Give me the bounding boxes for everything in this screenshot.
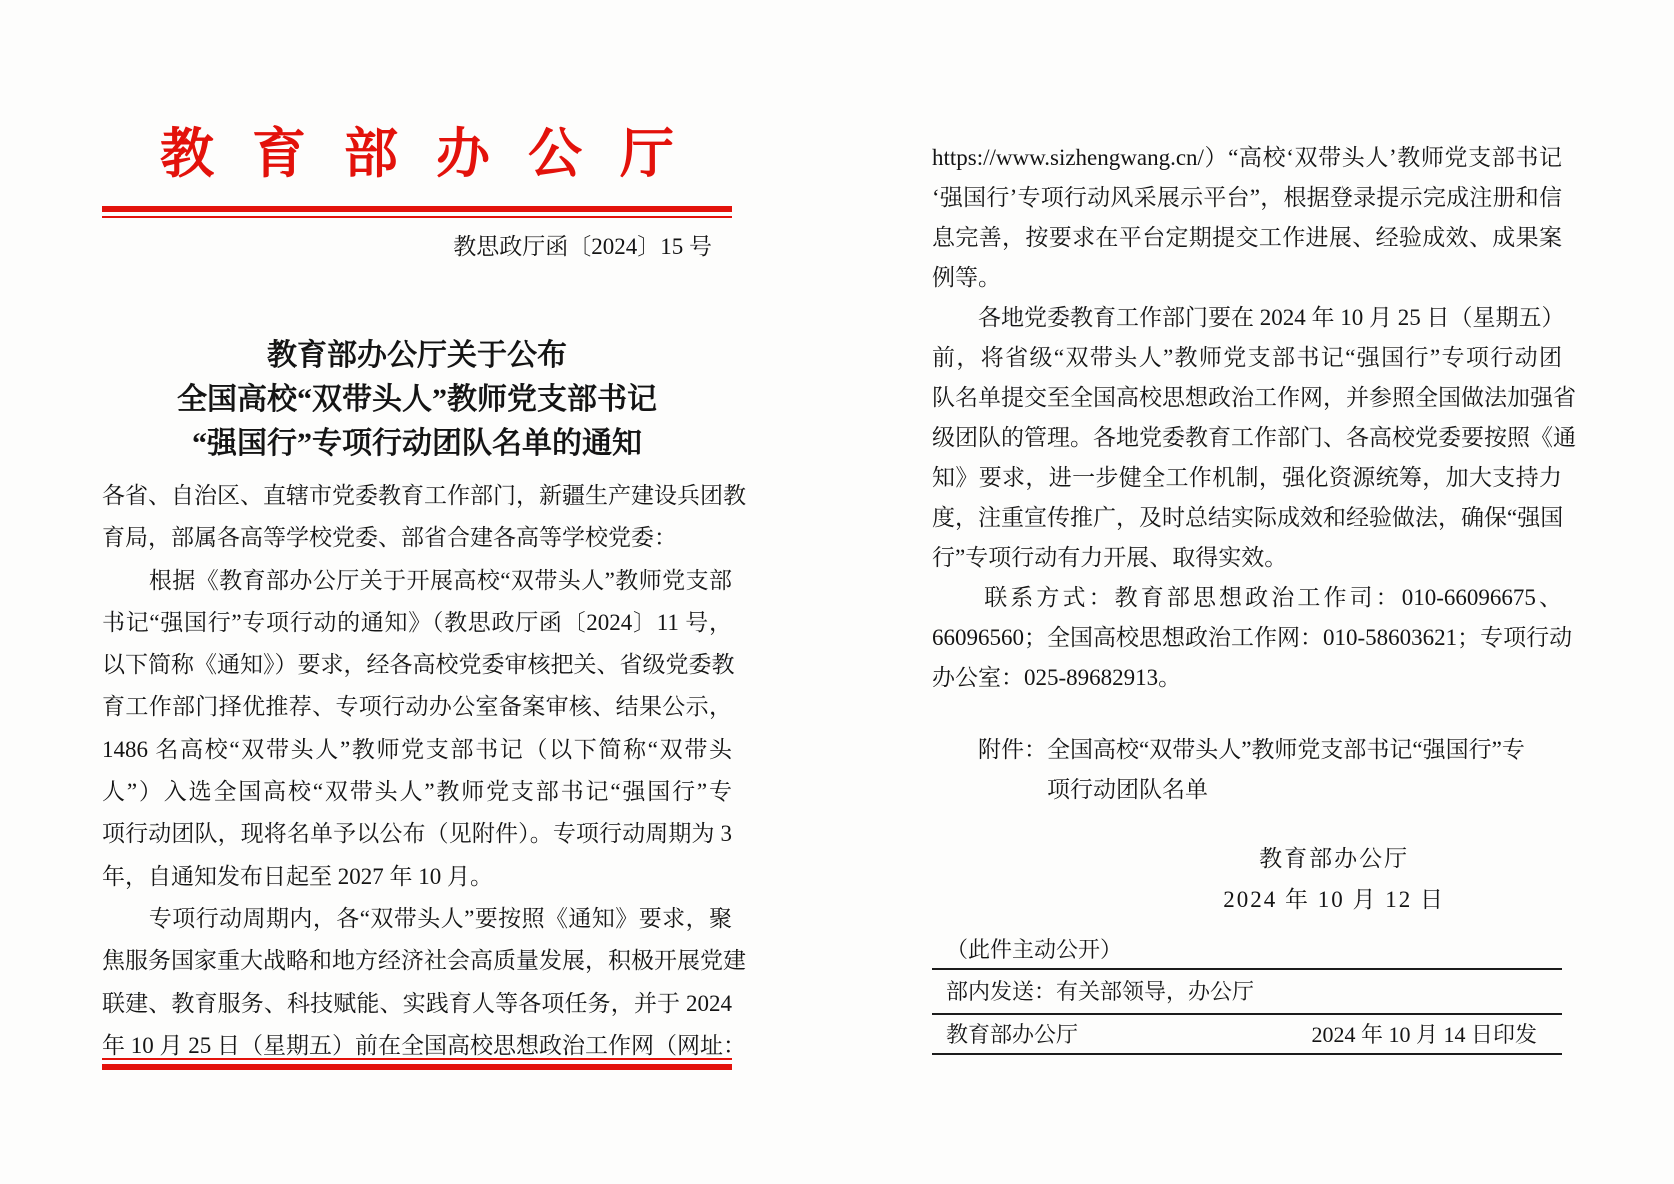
document-title-line: “强国行”专项行动团队名单的通知 xyxy=(102,422,732,466)
body-text-left: 各省、自治区、直辖市党委教育工作部门，新疆生产建设兵团教育局，部属各高等学校党委… xyxy=(102,475,732,1067)
footer-divider-line-1 xyxy=(932,968,1562,970)
body-text-line: 联系方式：教育部思想政治工作司：010-66096675、 xyxy=(932,578,1562,618)
body-text-line: 办公室：025-89682913。 xyxy=(932,658,1562,698)
body-text-line: 育工作部门择优推荐、专项行动办公室备案审核、结果公示， xyxy=(102,686,732,728)
right-page: https://www.sizhengwang.cn/）“高校‘双带头人’教师党… xyxy=(932,0,1562,810)
footer-divider-line-3 xyxy=(932,1053,1562,1055)
body-text-line: 各省、自治区、直辖市党委教育工作部门，新疆生产建设兵团教 xyxy=(102,475,732,517)
document-title: 教育部办公厅关于公布全国高校“双带头人”教师党支部书记“强国行”专项行动团队名单… xyxy=(102,334,732,466)
footer-divider-line-2 xyxy=(932,1013,1562,1015)
body-text-line: 人”）入选全国高校“双带头人”教师党支部书记“强国行”专 xyxy=(102,771,732,813)
body-text-line: 度，注重宣传推广，及时总结实际成效和经验做法，确保“强国 xyxy=(932,498,1562,538)
body-text-line: 以下简称《通知》）要求，经各高校党委审核把关、省级党委教 xyxy=(102,644,732,686)
signature-org: 教育部办公厅 xyxy=(1223,838,1445,879)
body-text-line: 焦服务国家重大战略和地方经济社会高质量发展，积极开展党建 xyxy=(102,940,732,982)
document-title-line: 教育部办公厅关于公布 xyxy=(102,334,732,378)
disclosure-note: （此件主动公开） xyxy=(946,936,1122,964)
body-text-line: 例等。 xyxy=(932,258,1562,298)
org-header-title: 教育部办公厅 xyxy=(102,116,770,192)
footer-issuer-row: 教育部办公厅 2024 年 10 月 14 日印发 xyxy=(932,1021,1562,1049)
body-text-line: 年，自通知发布日起至 2027 年 10 月。 xyxy=(102,856,732,898)
signature-date: 2024 年 10 月 12 日 xyxy=(1223,879,1445,920)
body-text-line: 1486 名高校“双带头人”教师党支部书记（以下简称“双带头 xyxy=(102,729,732,771)
body-text-line: 66096560；全国高校思想政治工作网：010-58603621；专项行动 xyxy=(932,618,1562,658)
body-text-line: https://www.sizhengwang.cn/）“高校‘双带头人’教师党… xyxy=(932,138,1562,178)
body-text-line: 前，将省级“双带头人”教师党支部书记“强国行”专项行动团 xyxy=(932,338,1562,378)
body-text-line: 书记“强国行”专项行动的通知》（教思政厅函〔2024〕11 号， xyxy=(102,602,732,644)
body-text-line: 知》要求，进一步健全工作机制，强化资源统筹，加大支持力 xyxy=(932,458,1562,498)
footer-issuer-org: 教育部办公厅 xyxy=(946,1021,1078,1049)
body-text-line: 队名单提交至全国高校思想政治工作网，并参照全国做法加强省 xyxy=(932,378,1562,418)
footer-print-date: 2024 年 10 月 14 日印发 xyxy=(1311,1021,1537,1049)
body-text-line: 级团队的管理。各地党委教育工作部门、各高校党委要按照《通 xyxy=(932,418,1562,458)
doc-number: 教思政厅函〔2024〕15 号 xyxy=(102,232,732,262)
left-page: 教育部办公厅 教思政厅函〔2024〕15 号 教育部办公厅关于公布全国高校“双带… xyxy=(102,0,732,1067)
body-text-line: 各地党委教育工作部门要在 2024 年 10 月 25 日（星期五） xyxy=(932,298,1562,338)
signature-block: 教育部办公厅 2024 年 10 月 12 日 xyxy=(1223,838,1445,920)
body-text-line: 息完善，按要求在平台定期提交工作进展、经验成效、成果案 xyxy=(932,218,1562,258)
footer-distribution-row: 部内发送：有关部领导，办公厅 xyxy=(932,978,1576,1006)
body-text-right: https://www.sizhengwang.cn/）“高校‘双带头人’教师党… xyxy=(932,138,1562,698)
body-text-line: 根据《教育部办公厅关于开展高校“双带头人”教师党支部 xyxy=(102,560,732,602)
body-text-line: 育局，部属各高等学校党委、部省合建各高等学校党委： xyxy=(102,517,732,559)
attachment-note: 附件：全国高校“双带头人”教师党支部书记“强国行”专 项行动团队名单 xyxy=(932,730,1562,810)
attachment-line: 项行动团队名单 xyxy=(932,770,1562,810)
body-text-line: 联建、教育服务、科技赋能、实践育人等各项任务，并于 2024 xyxy=(102,983,732,1025)
body-text-line: 专项行动周期内，各“双带头人”要按照《通知》要求，聚 xyxy=(102,898,732,940)
document-scan: { "colors": { "accent_red": "#e3120b", "… xyxy=(0,0,1674,1184)
body-text-line: 行”专项行动有力开展、取得实效。 xyxy=(932,538,1562,578)
attachment-line: 附件：全国高校“双带头人”教师党支部书记“强国行”专 xyxy=(932,730,1562,770)
document-title-line: 全国高校“双带头人”教师党支部书记 xyxy=(102,378,732,422)
body-text-line: ‘强国行’专项行动风采展示平台”，根据登录提示完成注册和信 xyxy=(932,178,1562,218)
footer-red-separator-line xyxy=(102,1058,732,1070)
header-red-separator-line xyxy=(102,206,732,218)
body-text-line: 项行动团队，现将名单予以公布（见附件）。专项行动周期为 3 xyxy=(102,813,732,855)
